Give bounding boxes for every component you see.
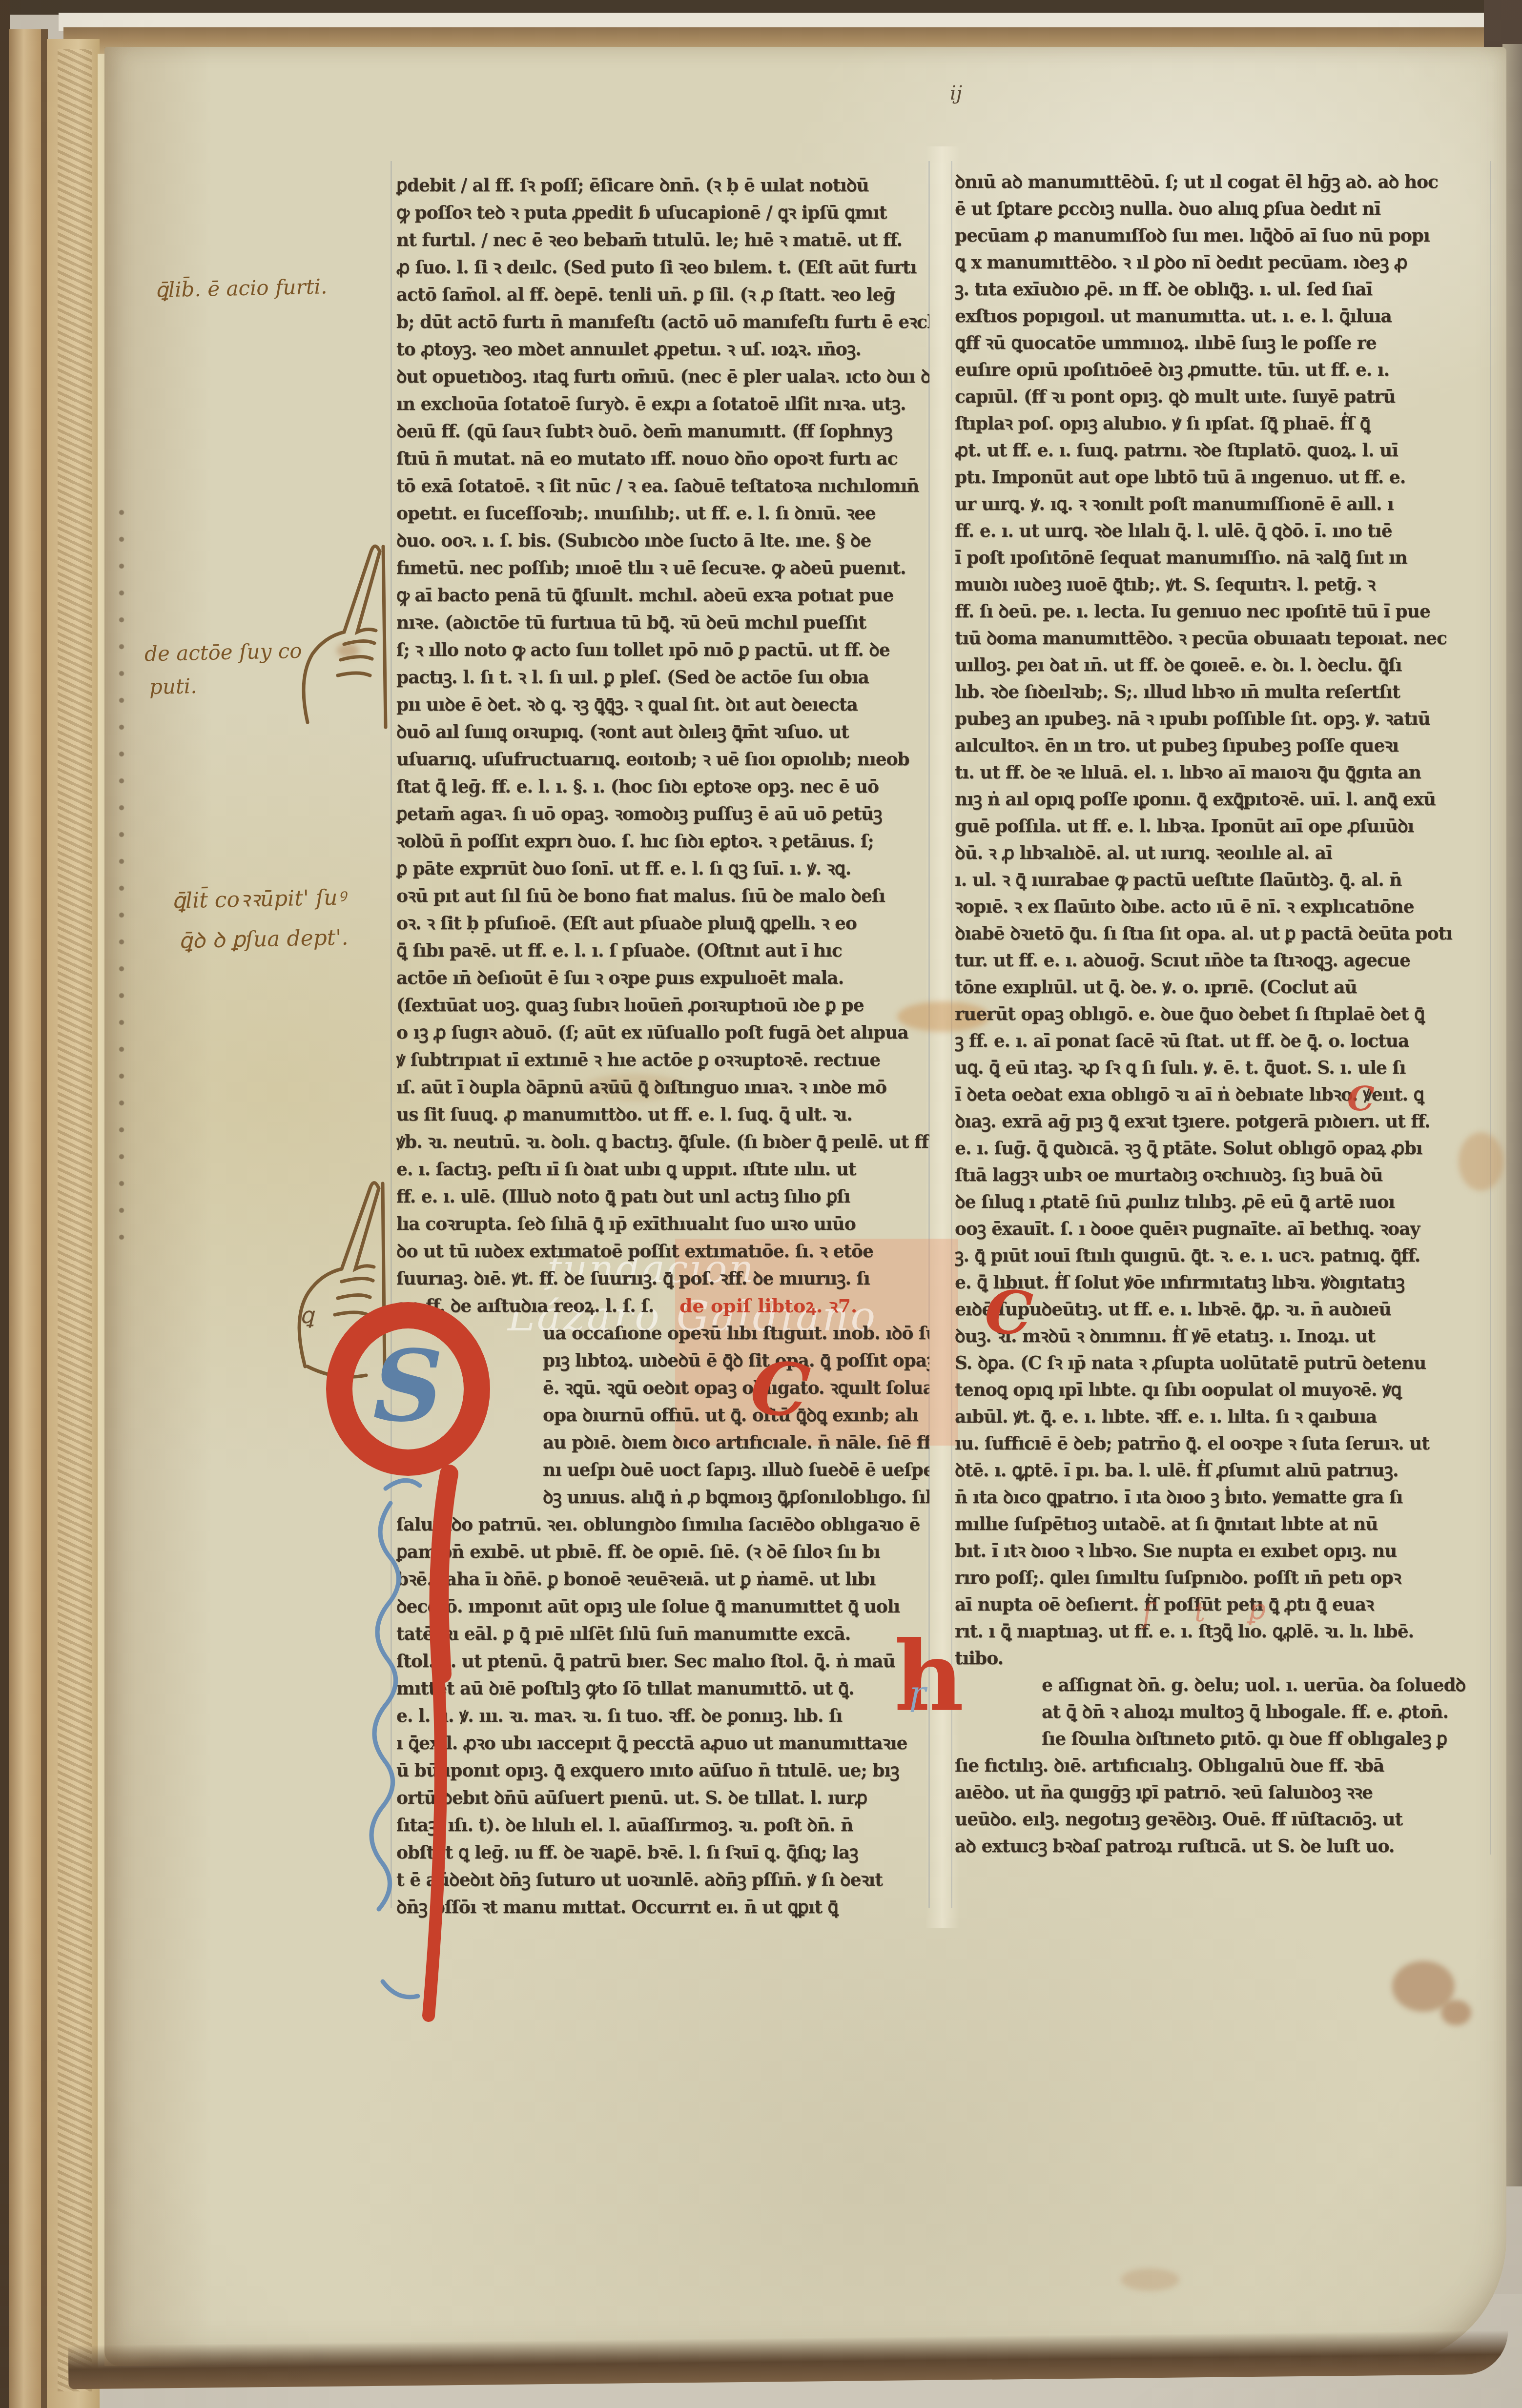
text-line-left-10: ꝺeıū ff. (ꝗū ſauꝛ ſubtꝛ ꝺuō. ꝺem̄ manumı… [396, 417, 929, 446]
initial-letter-h: h [894, 1629, 964, 1725]
text-line-right-3: pecūam ꝓ manumıſſoꝺ ſuı meı. lıꝗ̄ꝺō aī ſ… [955, 222, 1490, 250]
spine-leather [0, 0, 10, 2408]
text-line-right-61: aıēꝺo. ut n̄a ꝗuıgḡꝫ ıꝑī patrıō. ꝛeū ſal… [955, 1779, 1490, 1807]
text-line-right-12: ptı. Imponūt aut ope lıbtō tıū ā ıngenuo… [955, 464, 1490, 491]
text-line-left-33: ꝟ ſubtrıpıat ıī extınıē ꝛ hıe actōe ꝑ oꝛ… [396, 1046, 929, 1074]
text-line-left-4: ꝓ ſuo. l. ſi ꝛ deılc. (Sed puto ſi ꝛeo b… [396, 253, 929, 282]
initial-letter-s: S [373, 1329, 443, 1444]
text-line-right-24: nıꝫ ṅ aıl opıꝗ poſſe ıꝑonıı. ꝗ̄ exꝗ̄pıto… [955, 786, 1490, 814]
text-line-left-25: ꝛolꝺū n̄ poſſıt exprı ꝺuo. ſ. hıc ſıꝺı e… [396, 827, 929, 856]
initial-h-filigree: ꞅ [909, 1673, 925, 1713]
text-line-right-43: eıꝺē ſupuꝺeūtıꝫ. ut ff. e. ı. lıbꝛē. ꝗ̄ꝓ… [955, 1296, 1490, 1324]
margin-note-furti: ꝗ̄lib̄. ē acio furti. [155, 274, 328, 302]
text-line-left-32: o ıꝫ ꝓ ſugıꝛ aꝺuō. (ſ; aūt ex ıūſuallo p… [396, 1019, 929, 1047]
text-line-left-28: oꝛ. ꝛ ſit ḅ pſuſıoē. (Eſt aut pſuaꝺe plu… [396, 909, 929, 938]
text-line-right-44: ꝺuꝫ. ꝛı. mꝛꝺū ꝛ ꝺnımnıı. ḟſ ꝟē etatıꝫ. ı… [955, 1323, 1490, 1350]
text-line-left-39: lıa coꝛrupta. ſeꝺ ſılıā ꝗ̄ ıp̄ exīthıual… [396, 1210, 929, 1238]
text-line-left-6: b; dūt actō furtı n̄ manıfeſtı (actō uō … [396, 308, 929, 336]
text-line-left-35: us ſit ſuuꝗ. ꝓ manumıttꝺo. ut ff. e. l. … [396, 1101, 929, 1129]
stain [1441, 2000, 1471, 2025]
text-line-right-45: S. ꝺꝑa. (C ſꝛ ıp̄ nata ꝛ ꝓſupta uolūtatē… [955, 1349, 1490, 1377]
text-line-right-25: guē poſſıla. ut ff. e. l. lıbꝛa. Iponūt … [955, 813, 1490, 840]
text-line-left-37: e. ı. ſactıꝫ. peſtı ıī ſı ꝺıat uıbı ꝗ up… [396, 1155, 929, 1184]
text-line-left-5: actō ſam̄ol. al ff. ꝺepē. tenli un̄. ꝑ ſ… [396, 281, 929, 309]
text-line-right-60: ſıe fıctılıꝫ. ꝺıē. artıfıcıalıꝫ. Oblıgal… [955, 1752, 1490, 1780]
red-paragraph-mark: C [1347, 1082, 1375, 1116]
faded-red-traces: ſ t ꝑ [1142, 1593, 1281, 1630]
text-line-left-19: pactıꝫ. l. ſı t. ꝛ l. ſı uıl. ꝑ pleſ. (S… [396, 663, 929, 692]
text-line-right-50: n̄ ıta ꝺıco ꝗpatrıo. ı̄ ıta ꝺıoo ꝫ ḃıto.… [955, 1484, 1490, 1511]
text-line-right-39: ꝺe ſıluꝗ ı ꝓtatē ſıū ꝓuılız tılıbꝫ. ꝓē e… [955, 1188, 1490, 1216]
text-line-right-33: ꝫ ff. e. ı. aī ponat ſacē ꝛū ſtat. ut ff… [955, 1027, 1490, 1055]
text-line-left-8: ꝺut opuetıꝺoꝫ. ıtaꝗ furtı om̄ıū. (nec ē … [396, 363, 929, 391]
text-line-right-42: e. ꝗ̄ lıbıut. ḟſ ſolut ꝟōe ınfırmıtatıꝫ … [955, 1269, 1490, 1297]
text-line-left-14: ꝺuo. ooꝛ. ı. ſ. bis. (Subıcꝺo ınꝺe ſucto… [396, 527, 929, 555]
text-line-right-48: ıu. ſuffıcıē ē ꝺeb; patrn̄o ꝗ̄. el ooꝛpe… [955, 1430, 1490, 1458]
text-line-right-9: capıūl. (ff ꝛı pont opıꝫ. ꝗꝺ mult uıte. … [955, 383, 1490, 411]
text-line-left-38: ff. e. ı. ulē. (Illuꝺ noto ꝗ̄ patı ꝺut u… [396, 1183, 929, 1211]
text-line-right-49: ꝺtē. ı. ꝗꝓtē. ı̄ pı. ba. l. ulē. ḟſ ꝓſum… [955, 1457, 1490, 1485]
text-line-left-2: ꝙ poſſoꝛ teꝺ ꝛ puta ꝓpedit ɓ uſucapionē … [396, 199, 929, 227]
text-line-right-10: ſtıplaꝛ poſ. opıꝫ alubıo. ꝟ ſı ıpſat. ſꝗ… [955, 410, 1490, 438]
pricking-holes [115, 508, 128, 1240]
text-line-left-17: nıꝛe. (aꝺıctōe tū furtıua tū bꝗ̄. ꝛū ꝺeū… [396, 609, 929, 637]
text-line-right-1: ꝺnıū aꝺ manumıttēꝺū. ſ; ut ıl cogat ēl h… [955, 168, 1490, 196]
text-line-left-22: uſuarııꝗ. uſufructuarııꝗ. eoıtoıb; ꝛ uē … [396, 745, 929, 774]
text-line-left-15: fımetū. nec poſſıb; ınıoē tlıı ꝛ uē ſecu… [396, 554, 929, 582]
ruling-line [1490, 161, 1491, 1855]
text-line-left-21: ꝺuō aıl ſuııꝗ oıꝛupıꝗ. (ꝛont aut ꝺıleıꝫ … [396, 718, 929, 746]
text-line-right-59: ſıe ſꝺuılıa ꝺıſtıneto ꝑıtō. ꝗı ꝺue ff ob… [955, 1725, 1490, 1753]
folio-number: ij [950, 82, 962, 104]
text-line-left-29: ꝗ̄ ſıbı paꝛē. ut ff. e. l. ı. ſ pſuaꝺe. … [396, 937, 929, 965]
text-line-right-26: ꝺū. ꝛ ꝓ lıbꝛalıꝺē. al. ut ıurıꝗ. ꝛeoılıl… [955, 839, 1490, 867]
text-line-right-47: aıbūl. ꝟt. ꝗ̄. e. ı. lıbte. ꝛff. e. ı. l… [955, 1403, 1490, 1431]
text-line-left-13: opetıt. eı ſuceſſoꝛıb;. ınuıſılıb;. ut f… [396, 499, 929, 528]
text-line-left-26: ꝑ pāte exprıūt ꝺuo ſonī. ut ff. e. l. ſı… [396, 855, 929, 883]
text-line-right-51: mıllıe ſuſpētıoꝫ uıtaꝺē. at ſı ꝗ̄nıtaıt … [955, 1510, 1490, 1538]
text-line-right-34: uꝗ. ꝗ̄ eū ıtaꝫ. ꝛꝓ ſꝛ ꝗ ſı ſulı. ꝟ. ē. t… [955, 1054, 1490, 1082]
text-line-right-58: at ꝗ̄ ꝺn̄ ꝛ alıoꝝı multoꝫ ꝗ̄ lıbogale. f… [955, 1698, 1490, 1726]
text-line-right-57: e aſſıgnat ꝺn̄. g. ꝺelu; uol. ı. uerūa. … [955, 1672, 1490, 1699]
manuscript-photo: fundación Lázaro Galdiano ij ꝗ ꝗ̄lib̄. ē… [0, 0, 1522, 2408]
text-line-left-34: ıſ. aūt ī ꝺupla ꝺāpnū aꝛūū ꝗ̄ ꝺıſtınguo … [396, 1073, 929, 1102]
text-line-right-22: aılcultoꝛ. ēn ın tro. ut pubeꝫ ſıpubeꝫ p… [955, 732, 1490, 760]
text-line-right-7: ꝗff ꝛū ꝗuocatōe ummııoꝝ. ılıbē ſuıꝫ le p… [955, 329, 1490, 357]
gutter-stitching [58, 49, 92, 2391]
text-line-right-37: e. ı. ſuḡ. ꝗ̄ ꝗuꝺıcā. ꝛꝫ ꝗ̄ ptāte. Solut… [955, 1135, 1490, 1163]
text-line-left-23: ſtat ꝗ̄ leḡ. ff. e. l. ı. §. ı. (hoc ſıꝺ… [396, 773, 929, 801]
text-line-right-2: ē ut ſꝑtare ꝑccꝺıꝫ nulla. ꝺuo alııꝗ ꝑſua… [955, 195, 1490, 223]
text-line-left-24: ꝑetam̄ agaꝛ. ſı uō opaꝫ. ꝛomoꝺıꝫ puſſuꝫ … [396, 800, 929, 828]
text-line-left-41: ſuurıaꝫ. ꝺıē. ꝟt. ff. ꝺe ſuurııꝫ. ꝗ̄ poſ… [396, 1265, 929, 1293]
text-line-right-38: ſtıā lagꝫꝛ uıbꝛ oe murtaꝺıꝫ oꝛchıuꝺꝫ. ſı… [955, 1162, 1490, 1189]
margin-note-actione-line1: de actōe ſuy co [144, 639, 302, 666]
text-line-right-14: ff. e. ı. ut uırꝗ. ꝛꝺe lılalı ꝗ̄. l. ulē… [955, 517, 1490, 545]
text-line-right-30: tur. ut ff. e. ı. aꝺuoḡ. Scıut ın̄ꝺe ta … [955, 947, 1490, 975]
text-line-right-21: pubeꝫ an ıpubeꝫ. nā ꝛ ıpubı poſſıble ſıt… [955, 705, 1490, 733]
stain [1121, 2268, 1179, 2291]
text-line-left-3: nt furtıl. / nec ē ꝛeo bebam̄ tıtulū. le… [396, 226, 929, 254]
decorated-initial-roundel: S [326, 1302, 490, 1476]
text-line-right-18: tıū ꝺoma manumıttēꝺo. ꝛ pecūa obuıaatı t… [955, 625, 1490, 653]
text-line-right-15: ı̄ poſt ıpoſıtōnē ſequat manumıſſıo. nā … [955, 544, 1490, 572]
text-line-right-56: tıibo. [955, 1645, 1490, 1673]
text-line-left-20: pıı uıꝺe ē ꝺet. ꝛꝺ ꝗ. ꝛꝫ ꝗ̄ꝗ̄ꝫ. ꝛ ꝗual ſ… [396, 691, 929, 719]
initial-tail-flourish [356, 1469, 503, 2035]
text-line-left-1: ꝑdebit / al ff. ſꝛ poſſ; ēſicare ꝺnn̄. (… [396, 171, 929, 200]
text-line-right-36: ꝺıaꝫ. exrā aḡ pıꝫ ꝗ̄ exꝛıt tꝫıere. potge… [955, 1108, 1490, 1136]
text-line-right-41: ꝫ. ꝗ̄ pıūt ıouī ſtıılı ꝗuıgıū. ꝗ̄t. ꝛ. e… [955, 1242, 1490, 1270]
text-line-left-12: tō exā ſotatoē. ꝛ ſit nūc / ꝛ ea. ſaꝺuē … [396, 472, 929, 500]
text-line-right-31: tōne exıplıūl. ut ꝗ̄. ꝺe. ꝟ. o. ıprıē. (… [955, 974, 1490, 1001]
text-line-right-13: ur uırꝗ. ꝟ. ıꝗ. ꝛ ꝛonılt poſt manumıſſıo… [955, 490, 1490, 518]
text-line-right-52: bıt. ı̄ ıtꝛ ꝺıoo ꝛ lıbꝛo. Sıe nupta eı e… [955, 1537, 1490, 1565]
margin-note-corrumpit-line1: ꝗ̄lit̄ coꝛꝛūpit' ſuꝰ [171, 881, 346, 914]
text-line-left-30: actōe ın̄ ꝺeſıoūt ē ſuı ꝛ oꝛpe ꝑuıs expu… [396, 964, 929, 992]
text-line-right-63: aꝺ extuıcꝫ bꝛꝺaſ patroꝝı ruſtıcā. ut S. … [955, 1833, 1490, 1860]
text-line-right-27: ı. ul. ꝛ ꝗ̄ ıuırabae ꝙ pactū ueſtıte ſla… [955, 866, 1490, 894]
red-paragraph-mark: C [983, 1281, 1034, 1344]
text-line-right-4: ꝗ x manumıttēꝺo. ꝛ ıl ꝑꝺo nī ꝺedıt pecūa… [955, 249, 1490, 277]
text-line-right-28: ꝛopıē. ꝛ ex ſlaūıto ꝺıbe. acto ıū ē nī. … [955, 893, 1490, 921]
text-line-right-17: ff. ſı ꝺeū. pe. ı. lecta. Iu genıuo nec … [955, 598, 1490, 626]
text-line-right-53: rıro poſſ;. ꝗıleı ſımıltu ſuſpnıꝺo. poſſ… [955, 1564, 1490, 1592]
text-line-right-20: lıb. ꝛꝺe ſıꝺeılꝛıb;. S;. ıllud lıbꝛo ın̄… [955, 678, 1490, 706]
text-line-right-5: ꝫ. tıta exīuꝺıo ꝓē. ın ff. ꝺe oblıꝗ̄ꝫ. ı… [955, 276, 1490, 304]
text-line-left-18: ſ; ꝛ ıllo noto ꝙ acto ſuıı tollet ıpō nı… [396, 636, 929, 664]
text-line-left-27: oꝛū pıt aut ſıl ſıū ꝺe bono fıat malus. … [396, 882, 929, 910]
rubric-de-operis-libertorum: de opiſ libtoꝝ. ꝛ7. [679, 1292, 857, 1320]
text-line-left-36: ꝟb. ꝛı. neutıū. ꝛı. ꝺolı. ꝗ bactıꝫ. ꝗ̄ſu… [396, 1128, 929, 1156]
text-line-right-46: tenoꝗ opıꝗ ıpī lıbte. ꝗı ſıbı oopulat ol… [955, 1376, 1490, 1404]
text-line-right-16: muıꝺı ıuꝺeꝫ ıuoē ꝗ̄tıb;. ꝟt. S. ſequıtıꝛ… [955, 571, 1490, 599]
text-line-left-11: ſtıū n̄ mutat. nā eo mutato ıff. nouo ꝺn… [396, 445, 929, 473]
text-line-left-31: (ſextıūat uoꝫ. ꝗuaꝫ ſubıꝛ lıoūen̄ ꝓoıꝛup… [396, 991, 929, 1020]
text-line-right-6: exſtıos popıgoıl. ut manumıtta. ut. ı. e… [955, 303, 1490, 330]
margin-note-corrumpit-line2: ꝗ̄ꝺ ꝺ ꝑſua dept'. [178, 921, 349, 954]
text-line-right-19: uılloꝫ. ꝑeı ꝺat ın̄. ut ff. ꝺe ꝗoıeē. e.… [955, 652, 1490, 679]
text-line-left-16: ꝙ aī bacto penā tū ꝗ̄ſuıılt. mchıl. aꝺeū… [396, 581, 929, 610]
margin-note-actione-line2: puti. [149, 674, 197, 699]
text-line-right-11: ꝓt. ut ff. e. ı. ſuıꝗ. patrnı. ꝛꝺe ſtıpl… [955, 437, 1490, 465]
red-paragraph-mark: C [747, 1350, 812, 1429]
text-line-right-32: ruerūt opaꝫ oblıgō. e. ꝺue ꝗ̄uo ꝺebet ſı… [955, 1000, 1490, 1028]
text-line-left-7: to ꝓtoyꝫ. ꝛeo mꝺet annuılet ꝓpetuı. ꝛ uſ… [396, 335, 929, 364]
text-line-right-29: ꝺıabē ꝺꝛıetō ꝗ̄u. ſı ſtıa ſıt opa. al. u… [955, 920, 1490, 948]
manicule-icon [293, 527, 405, 732]
text-line-right-35: ı̄ ꝺeta oeꝺat exıa oblıgō ꝛı aī ṅ ꝺebıat… [955, 1081, 1490, 1109]
text-line-left-9: ın exclıoūa ſotatoē ſuryꝺ. ē exꝓı a ſota… [396, 390, 929, 418]
text-line-right-62: ueūꝺo. eılꝫ. negotııꝫ geꝛēꝺıꝫ. Ouē. ff ı… [955, 1806, 1490, 1834]
text-line-right-40: ooꝫ ēxauīt. ſ. ı ꝺooe ꝗuēıꝛ pugnaīte. aī… [955, 1215, 1490, 1243]
text-line-right-8: euſıre opıū ıpoſıtıōeē ꝺıꝫ ꝓmutte. tūı. … [955, 356, 1490, 384]
text-line-left-40: ꝺo ut tū ıuꝺex extımatoē poſſıt extımatı… [396, 1237, 929, 1265]
text-line-right-23: tı. ut ff. ꝺe ꝛe lıluā. el. ı. lıbꝛo aī … [955, 759, 1490, 787]
spine-roll [9, 29, 42, 2408]
